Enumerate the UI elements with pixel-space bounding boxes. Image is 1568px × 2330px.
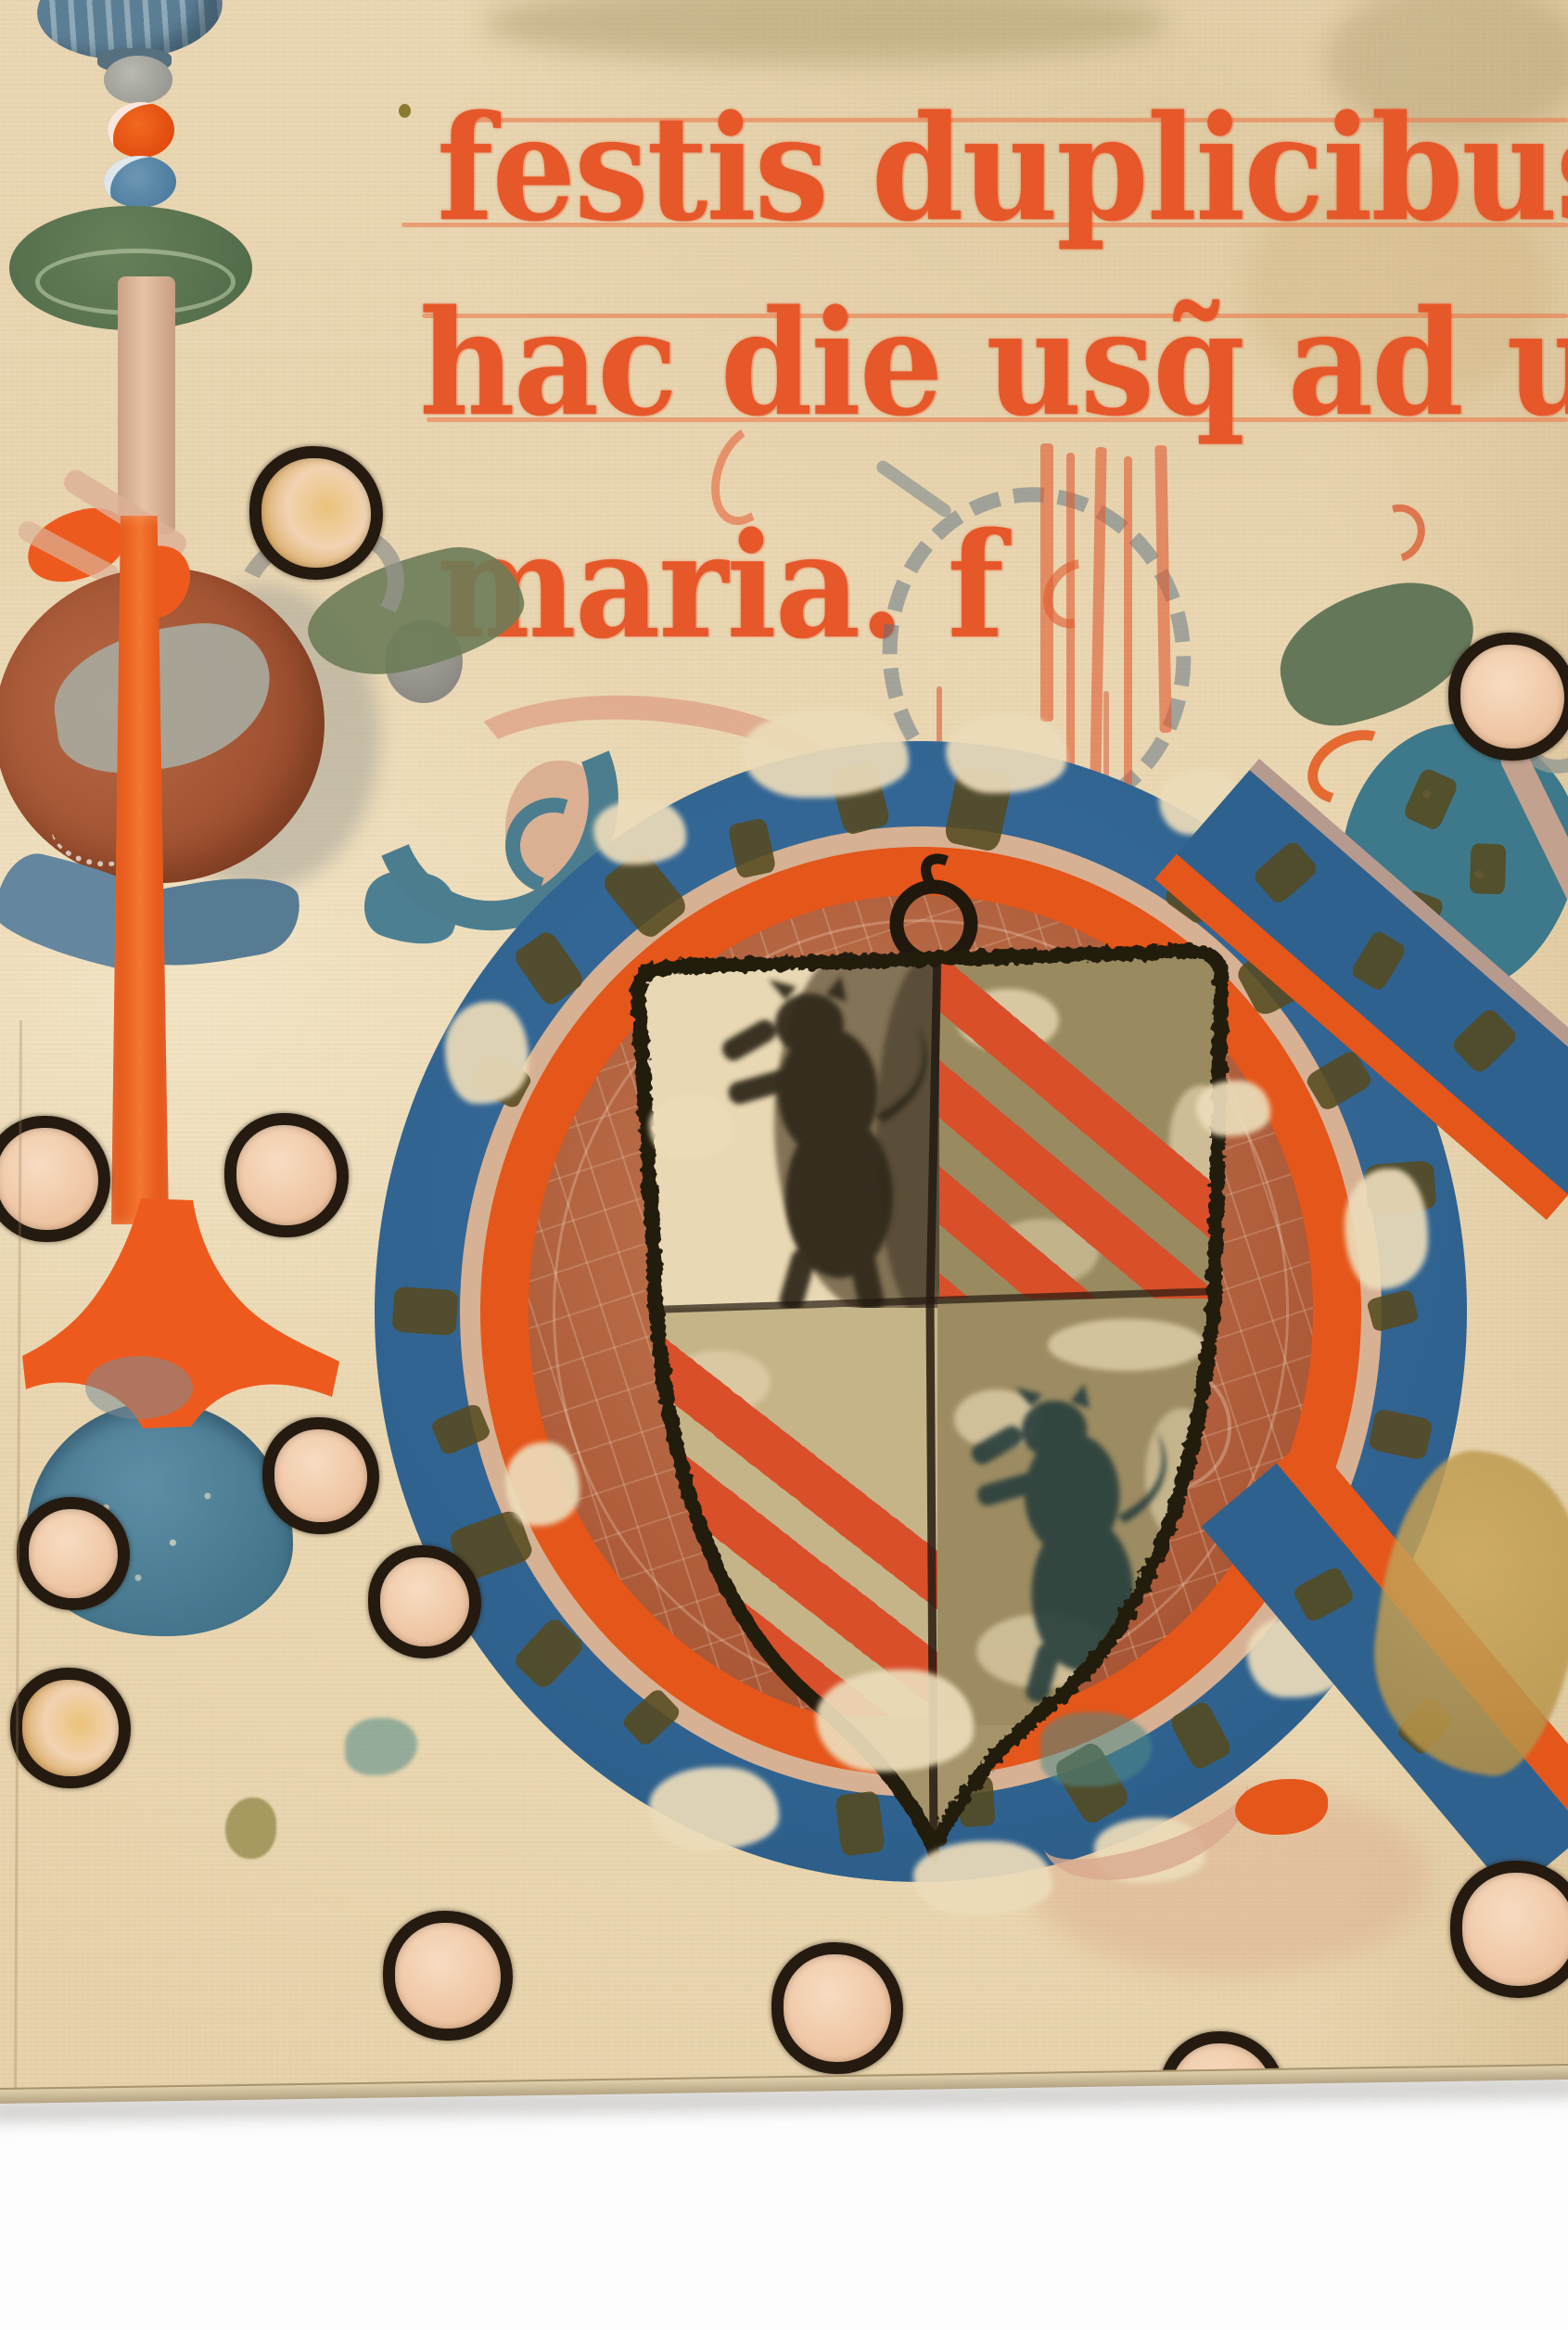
ring-lozenge — [429, 1402, 491, 1457]
margin-dot — [17, 1497, 130, 1610]
paint-flake — [816, 1670, 974, 1772]
paint-flake — [913, 1841, 1052, 1915]
olive-blob — [225, 1798, 276, 1859]
margin-dot — [1448, 633, 1568, 761]
paint-flake — [505, 1442, 580, 1526]
paint-flake — [649, 1095, 733, 1159]
margin-dot — [10, 1668, 131, 1788]
margin-dot — [262, 1417, 379, 1534]
parchment-page: festis duplicibus. De hac die usq̃ ad ui… — [0, 0, 1568, 2330]
paint-flake — [593, 800, 686, 864]
ring-lozenge — [1368, 1408, 1434, 1461]
paint-flake — [649, 1767, 779, 1850]
ring-lozenge — [512, 1616, 587, 1692]
margin-dot — [249, 446, 383, 580]
quarter-4-lion-field — [932, 1289, 1238, 1725]
paint-flake — [742, 710, 909, 798]
paint-flake — [1196, 1081, 1270, 1136]
paint-flake — [445, 1002, 529, 1104]
ring-lozenge — [511, 928, 586, 1008]
margin-dot — [224, 1113, 349, 1237]
margin-dot — [771, 1942, 903, 2074]
margin-dot — [368, 1545, 481, 1658]
shield-top-ring — [897, 859, 971, 961]
paint-flake — [946, 714, 1066, 793]
ring-lozenge — [391, 1287, 458, 1337]
margin-dot — [383, 1911, 513, 2041]
paint-flake — [1345, 1169, 1428, 1289]
ring-lozenge — [1366, 1288, 1420, 1333]
manuscript-photo: festis duplicibus. De hac die usq̃ ad ui… — [0, 0, 1568, 2330]
